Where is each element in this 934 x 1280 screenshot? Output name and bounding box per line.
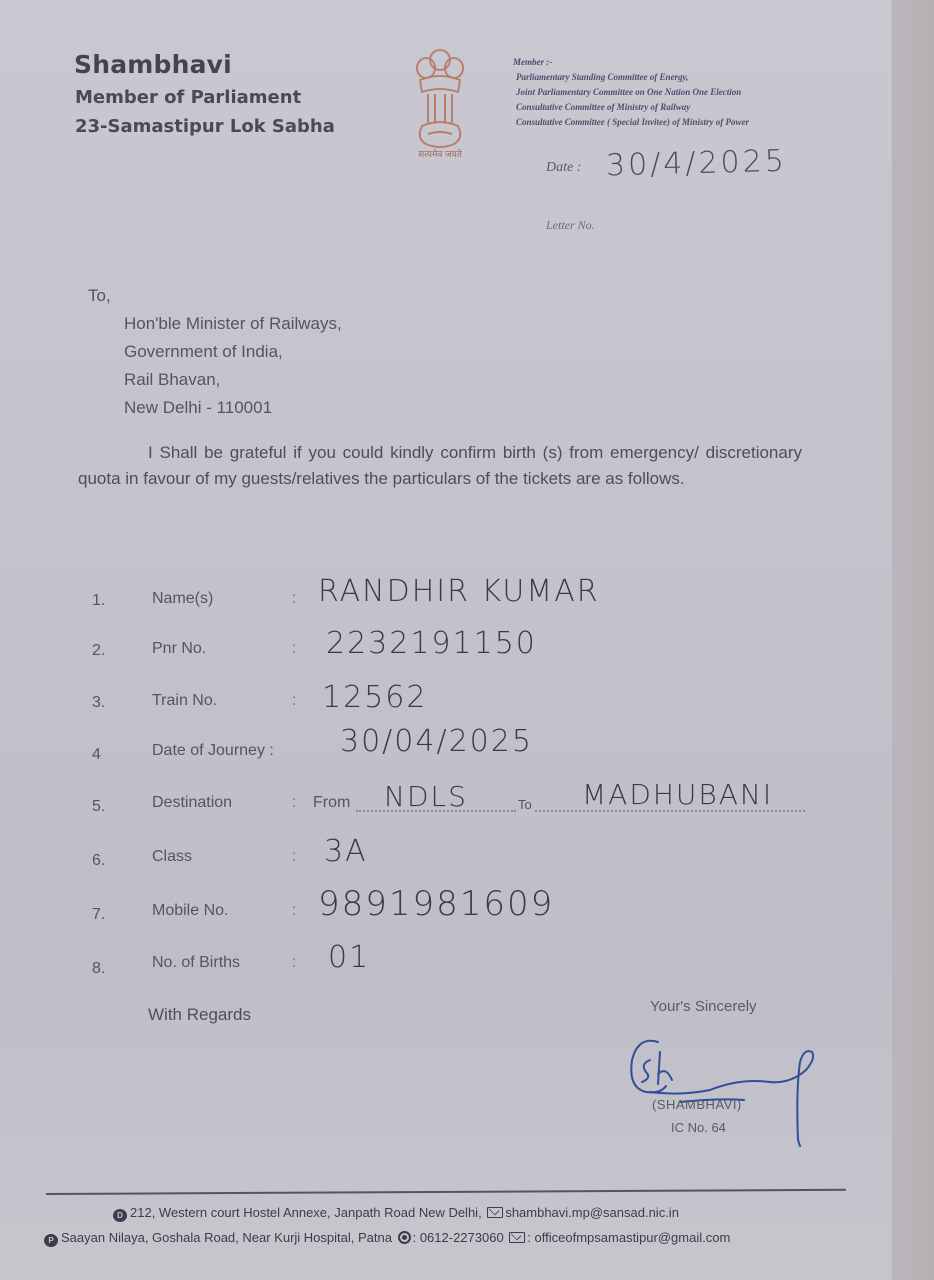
phone-icon [398,1231,411,1244]
particular-row-pnr: 2. Pnr No. : 2232191150 [0,636,934,676]
row-number: 2. [92,642,105,660]
committee-item: Joint Parliamentary Committee on One Nat… [516,85,749,100]
mobile-value-handwritten: 9891981609 [318,884,554,924]
particular-row-name: 1. Name(s) : RANDHIR KUMAR [0,586,934,626]
footer-patna-address: PSaayan Nilaya, Goshala Road, Near Kurji… [44,1230,730,1247]
patna-phone: : 0612-2273060 [413,1230,504,1245]
row-number: 6. [92,852,105,870]
salutation: To, [88,282,342,310]
letter-no-label: Letter No. [546,218,595,233]
row-number: 7. [92,906,105,924]
train-value-handwritten: 12562 [322,680,427,715]
request-paragraph: I Shall be grateful if you could kindly … [78,440,802,492]
committee-memberships: Member :- Parliamentary Standing Committ… [514,55,749,130]
row-label: Date of Journey : [152,742,274,760]
recipient-address: To, Hon'ble Minister of Railways, Govern… [88,282,342,422]
delhi-address-text: 212, Western court Hostel Annexe, Janpat… [130,1205,482,1220]
signatory-ic-number: IC No. 64 [671,1120,726,1135]
row-label: Destination [152,794,232,812]
address-line: Hon'ble Minister of Railways, [124,310,342,338]
emblem-caption: सत्यमेव जयते [404,147,476,160]
row-colon: : [292,590,296,608]
particular-row-train: 3. Train No. : 12562 [0,688,934,728]
row-label: Class [152,848,192,866]
row-label: No. of Births [152,954,240,972]
address-line: Rail Bhavan, [124,366,342,394]
row-label: Train No. [152,692,217,710]
request-text: I Shall be grateful if you could kindly … [78,443,802,488]
mail-icon [509,1232,525,1243]
journey-date-value-handwritten: 30/04/2025 [340,724,533,759]
signatory-name: (SHAMBHAVI) [652,1097,742,1112]
delhi-email[interactable]: shambhavi.mp@sansad.nic.in [505,1205,679,1220]
particular-row-mobile: 7. Mobile No. : 9891981609 [0,900,934,940]
row-number: 5. [92,798,105,816]
signature-icon [620,1030,850,1150]
letterhead-title: Member of Parliament [75,87,301,108]
committees-heading: Member :- [513,55,749,70]
closing-sincerely: Your's Sincerely [650,998,757,1015]
to-label: To [518,797,532,812]
row-colon: : [292,692,296,710]
letterhead-name: Shambhavi [74,50,232,79]
row-colon: : [292,954,296,972]
particular-row-journey-date: 4 Date of Journey : 30/04/2025 [0,740,934,780]
delhi-office-icon: D [113,1209,127,1222]
row-colon: : [292,640,296,658]
row-label: Mobile No. [152,902,228,920]
from-value-handwritten: NDLS [384,780,468,813]
particular-row-class: 6. Class : 3A [0,846,934,886]
row-colon: : [292,848,296,866]
letterhead-constituency: 23-Samastipur Lok Sabha [75,116,335,137]
date-value-handwritten: 30/4/2025 [606,144,788,184]
patna-address-text: Saayan Nilaya, Goshala Road, Near Kurji … [61,1230,392,1245]
to-value-handwritten: MADHUBANI [582,778,773,811]
particular-row-destination: 5. Destination : From NDLS To MADHUBANI [0,792,934,832]
pnr-value-handwritten: 2232191150 [326,626,537,661]
births-value-handwritten: 01 [328,940,370,975]
patna-email[interactable]: : officeofmpsamastipur@gmail.com [527,1230,730,1245]
date-label: Date : [546,160,581,176]
row-number: 4 [92,746,101,764]
mail-icon [487,1207,503,1218]
address-line: Government of India, [124,338,342,366]
footer-divider [46,1189,846,1195]
row-label: Pnr No. [152,640,206,658]
committee-item: Parliamentary Standing Committee of Ener… [516,70,749,85]
from-label: From [313,794,350,812]
row-colon: : [292,794,296,812]
name-value-handwritten: RANDHIR KUMAR [318,574,600,609]
row-colon: : [292,902,296,920]
committee-item: Consultative Committee of Ministry of Ra… [516,100,749,115]
committee-item: Consultative Committee ( Special Invitee… [516,115,749,130]
row-number: 3. [92,694,105,712]
footer-delhi-address: D212, Western court Hostel Annexe, Janpa… [113,1205,679,1222]
patna-office-icon: P [44,1234,58,1247]
particular-row-births: 8. No. of Births : 01 [0,954,934,994]
class-value-handwritten: 3A [324,834,368,869]
row-number: 8. [92,960,105,978]
row-label: Name(s) [152,590,213,608]
closing-regards: With Regards [148,1005,251,1025]
address-line: New Delhi - 110001 [124,394,342,422]
row-number: 1. [92,592,105,610]
